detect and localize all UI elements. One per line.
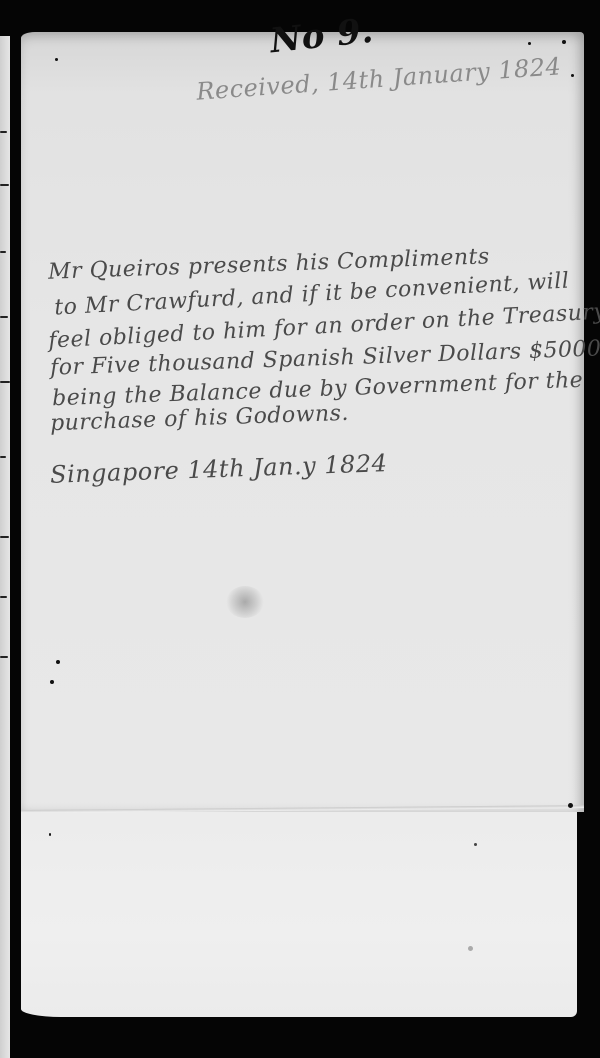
- ink-mark: [0, 251, 6, 253]
- ink-mark: [0, 596, 7, 598]
- speck: [562, 40, 566, 44]
- letter-sheet-lower-fold: [21, 812, 577, 1017]
- speck: [568, 803, 573, 808]
- ink-mark: [0, 131, 7, 133]
- speck: [468, 946, 473, 951]
- ink-mark: [0, 381, 10, 383]
- ink-mark: [0, 316, 8, 318]
- speck: [56, 660, 60, 664]
- ink-smudge: [226, 586, 264, 618]
- ink-mark: [0, 456, 6, 458]
- speck: [528, 42, 531, 45]
- speck: [571, 74, 574, 77]
- speck: [474, 843, 477, 846]
- speck: [49, 833, 51, 836]
- ink-mark: [0, 536, 9, 538]
- speck: [55, 58, 58, 61]
- ink-mark: [0, 184, 9, 186]
- scanned-document-canvas: No 9. Received, 14th January 1824 Mr Que…: [0, 0, 600, 1058]
- ink-mark: [0, 656, 8, 658]
- speck: [50, 680, 54, 684]
- adjacent-page-edge: [0, 36, 10, 1058]
